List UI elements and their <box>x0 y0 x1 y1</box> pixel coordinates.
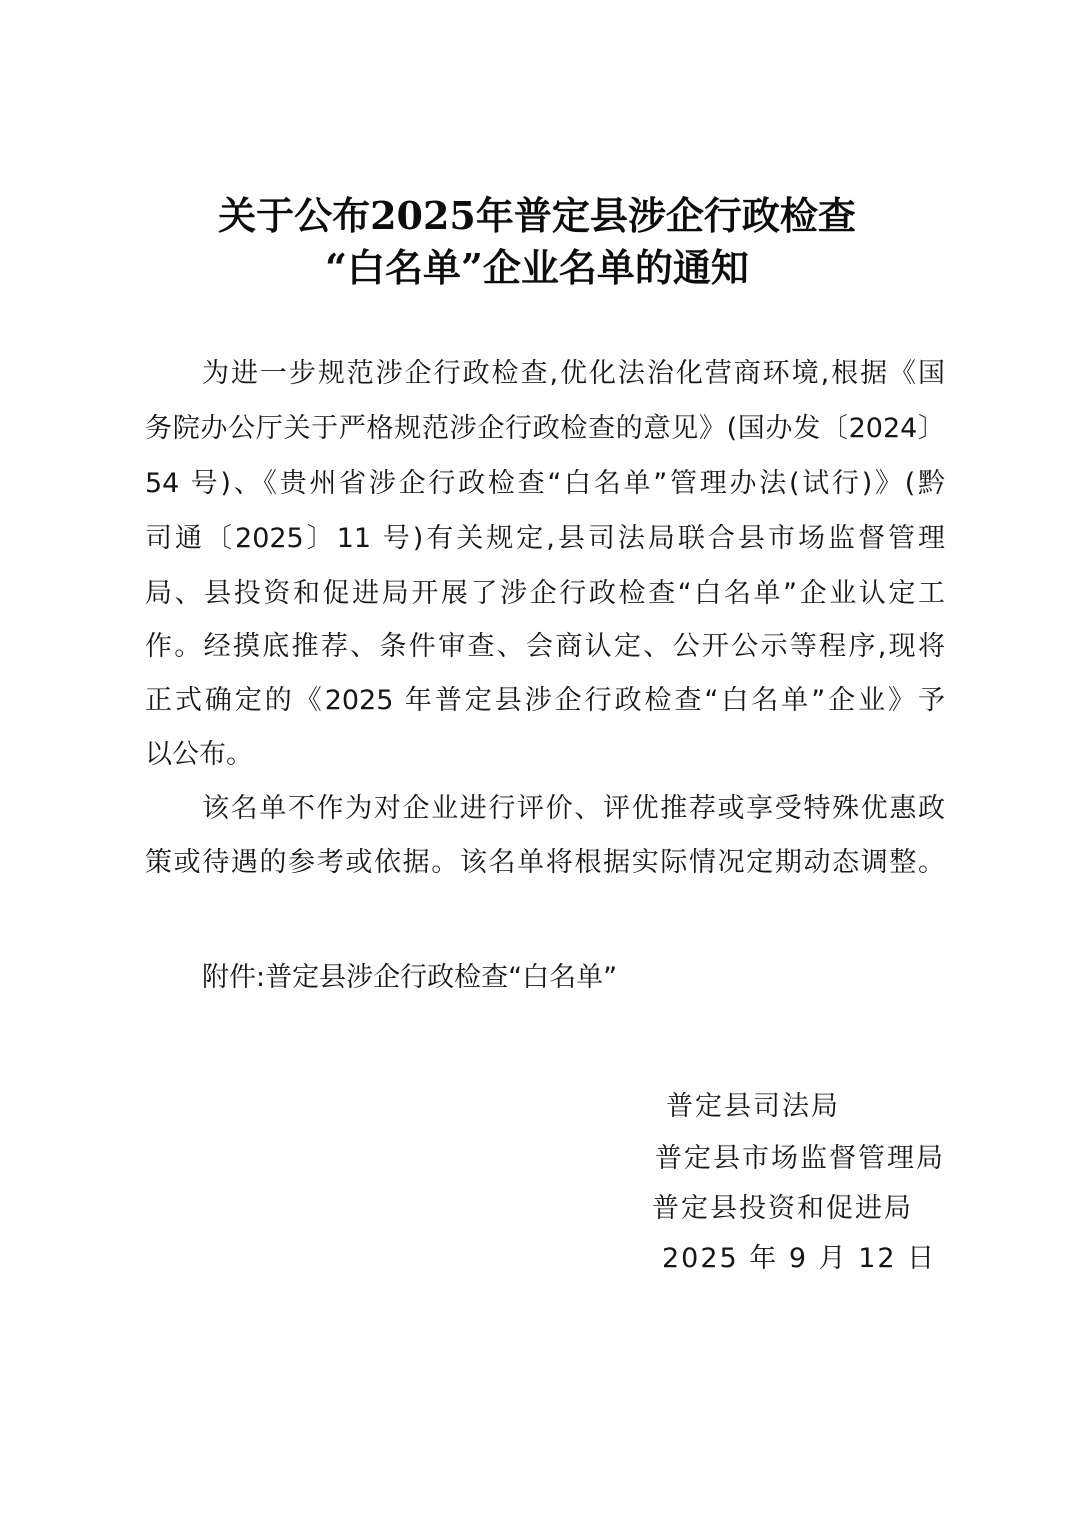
paragraph-1-line: 司通〔2025〕11 号)有关规定,县司法局联合县市场监督管理 <box>145 519 945 559</box>
paragraph-1-line: 务院办公厅关于严格规范涉企行政检查的意见》(国办发〔2024〕 <box>145 409 945 449</box>
paragraph-2-line: 策或待遇的参考或依据。该名单将根据实际情况定期动态调整。 <box>145 843 945 883</box>
document-title-line-1: 关于公布2025年普定县涉企行政检查 <box>0 192 1074 240</box>
paragraph-1-line: 54 号)、《贵州省涉企行政检查“白名单”管理办法(试行)》(黔 <box>145 464 945 504</box>
paragraph-1-line: 作。经摸底推荐、条件审查、会商认定、公开公示等程序,现将 <box>145 627 945 667</box>
document-title-line-2: “白名单”企业名单的通知 <box>0 244 1074 292</box>
signature-investment-promotion-bureau: 普定县投资和促进局 <box>652 1189 913 1229</box>
paragraph-1-line: 以公布。 <box>145 735 945 775</box>
paragraph-2-line: 该名单不作为对企业进行评价、评优推荐或享受特殊优惠政 <box>202 789 945 829</box>
document-page: 关于公布2025年普定县涉企行政检查 “白名单”企业名单的通知 为进一步规范涉企… <box>0 0 1074 1520</box>
signature-market-supervision-bureau: 普定县市场监督管理局 <box>655 1139 945 1179</box>
paragraph-1-line: 正式确定的《2025 年普定县涉企行政检查“白名单”企业》予 <box>145 681 945 721</box>
signature-date: 2025 年 9 月 12 日 <box>662 1239 936 1279</box>
paragraph-1-line: 为进一步规范涉企行政检查,优化法治化营商环境,根据《国 <box>202 354 945 394</box>
attachment-note: 附件:普定县涉企行政检查“白名单” <box>202 958 617 998</box>
paragraph-1-line: 局、县投资和促进局开展了涉企行政检查“白名单”企业认定工 <box>145 574 945 614</box>
signature-justice-bureau: 普定县司法局 <box>666 1087 840 1127</box>
